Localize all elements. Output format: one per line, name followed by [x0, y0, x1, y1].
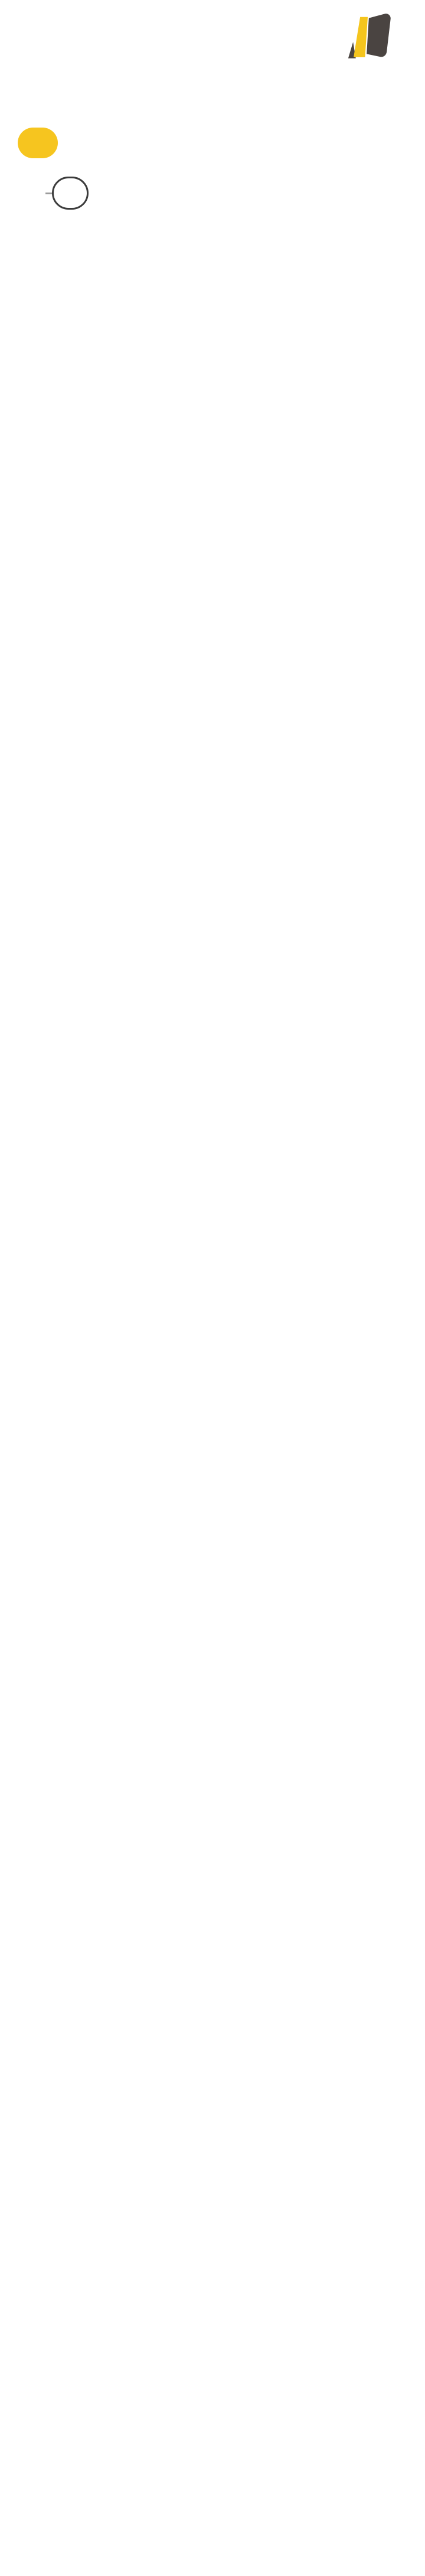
subtitle-row — [0, 177, 425, 213]
brand-logo — [323, 12, 412, 64]
central-topic — [52, 177, 89, 210]
page-title — [18, 128, 58, 158]
mindmap-canvas — [0, 0, 425, 2576]
title-row — [0, 128, 425, 161]
book-logo-icon — [341, 12, 395, 60]
